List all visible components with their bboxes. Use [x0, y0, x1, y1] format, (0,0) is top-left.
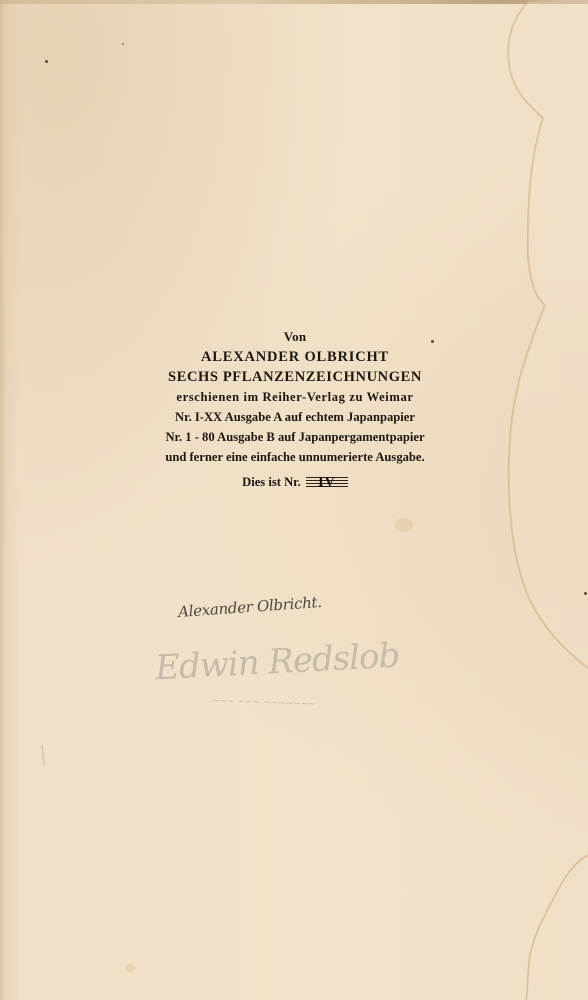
signature-redslob-pencil: Edwin Redslob — [154, 636, 400, 689]
copy-number-value: IV — [306, 473, 348, 493]
colophon-unnumbered-line: und ferner eine einfache unnumerierte Au… — [140, 447, 450, 467]
signature-olbricht: Alexander Olbricht. — [178, 593, 323, 621]
top-edge-shadow — [0, 0, 588, 4]
pencil-note: ~~~ ~~~ ~~~~~~~ — [212, 696, 316, 710]
paper-speck — [122, 43, 124, 45]
colophon-edition-a-line: Nr. I-XX Ausgabe A auf echtem Japanpapie… — [140, 407, 450, 427]
colophon-author: ALEXANDER OLBRICHT — [140, 347, 450, 367]
colophon-title: SECHS PFLANZENZEICHNUNGEN — [140, 367, 450, 387]
water-stain-right — [0, 0, 588, 1000]
colophon-edition-b-line: Nr. 1 - 80 Ausgabe B auf Japanpergamentp… — [140, 427, 450, 447]
copy-number-line: Dies ist Nr. IV — [140, 472, 450, 493]
paper-speck — [584, 592, 587, 595]
copy-number-label: Dies ist Nr. — [242, 475, 301, 489]
colophon-block: Von ALEXANDER OLBRICHT SECHS PFLANZENZEI… — [140, 327, 450, 493]
paper-page: Von ALEXANDER OLBRICHT SECHS PFLANZENZEI… — [0, 0, 588, 1000]
colophon-von: Von — [140, 327, 450, 347]
paper-speck — [45, 60, 48, 63]
colophon-publisher-line: erschienen im Reiher-Verlag zu Weimar — [140, 387, 450, 407]
